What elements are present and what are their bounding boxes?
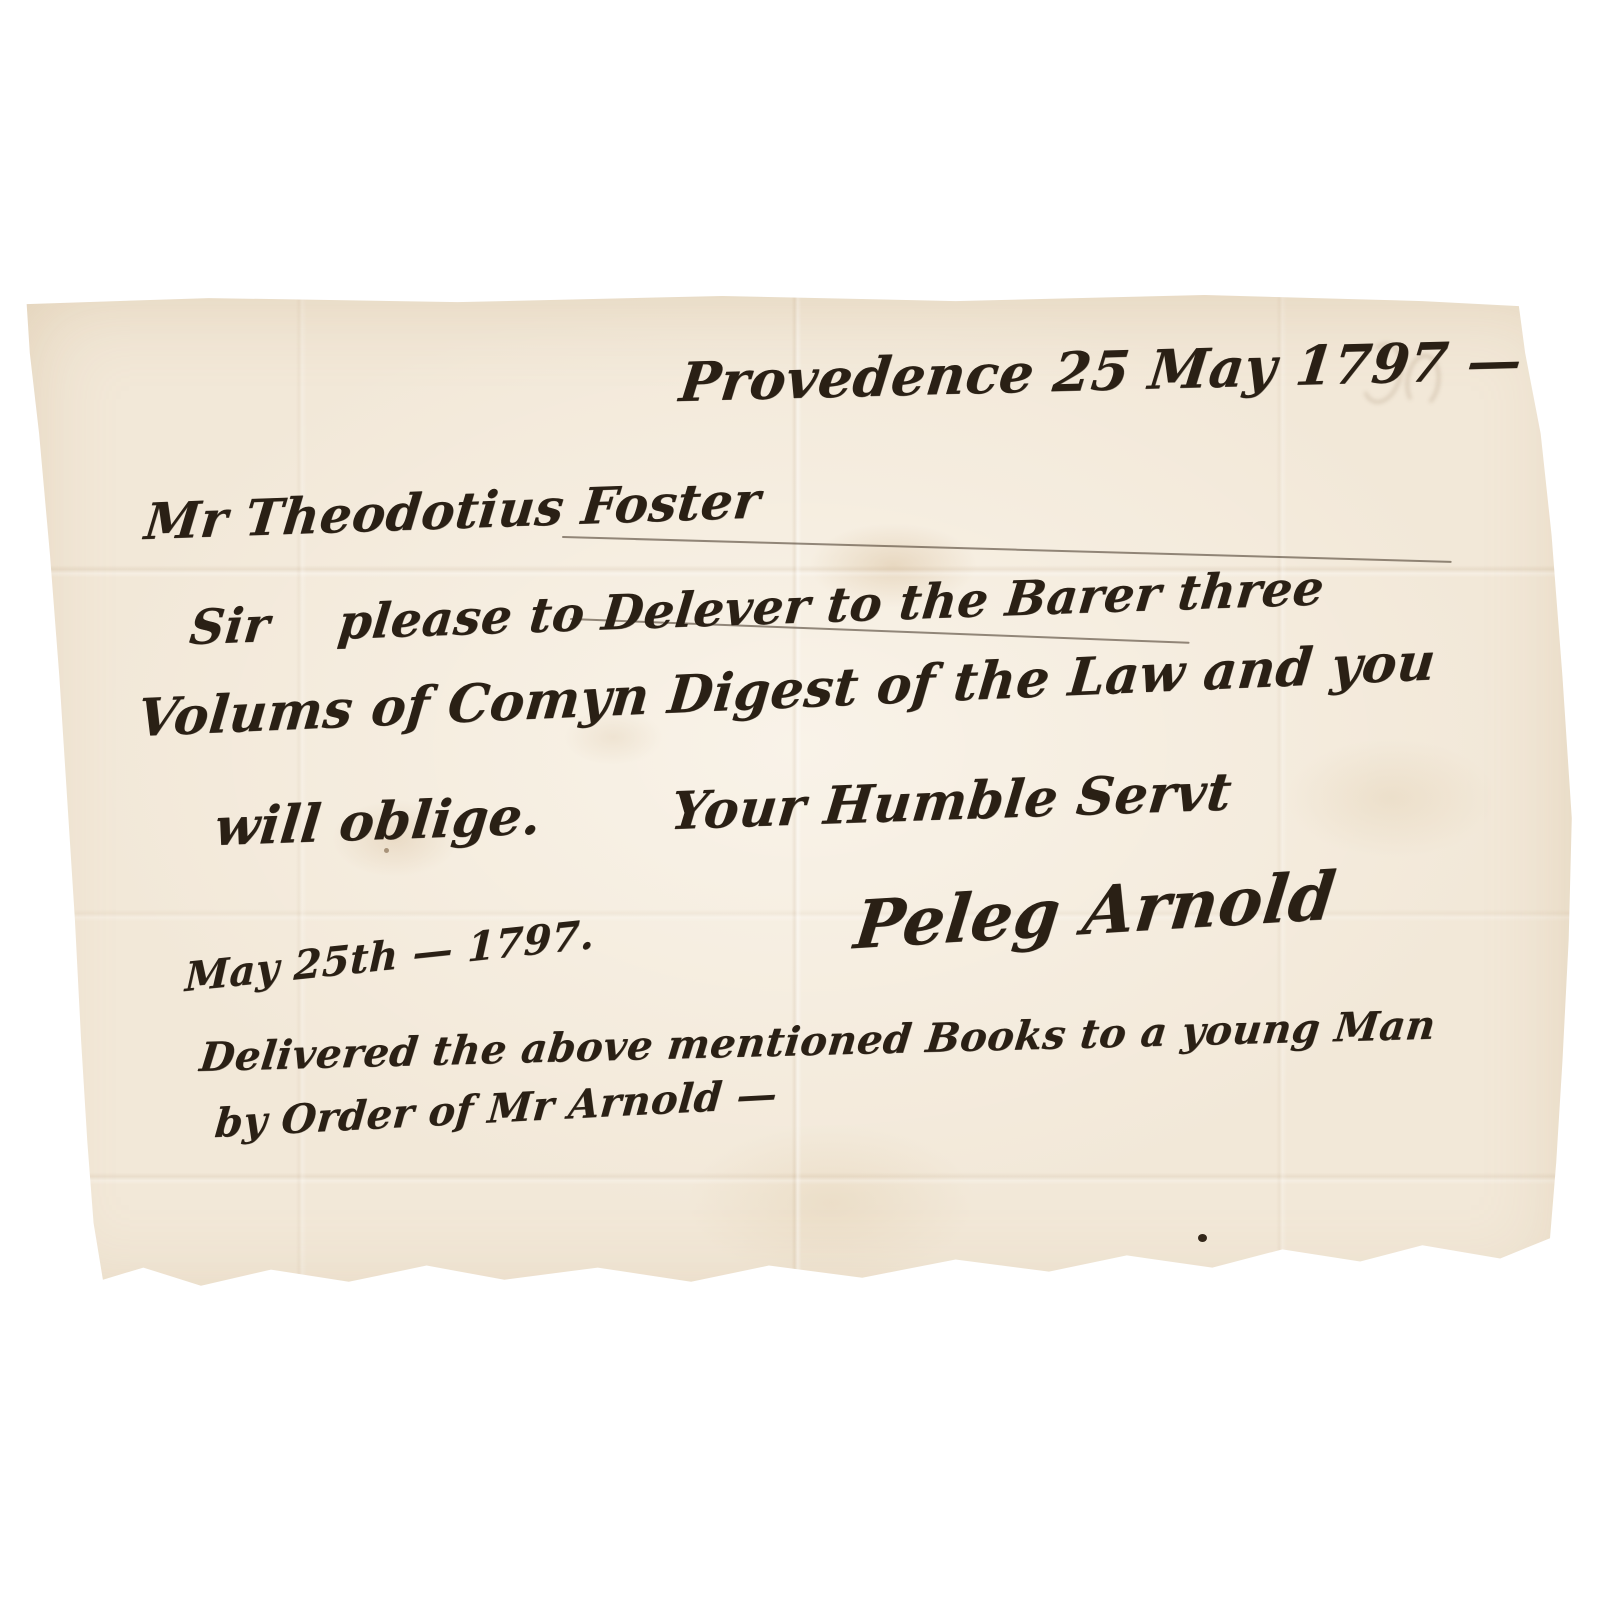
ink-speck bbox=[384, 848, 389, 853]
docket-delivery-line-1: Delivered the above mentioned Books to a… bbox=[197, 1002, 1438, 1082]
body-line-3-closing: will oblige. Your Humble Servt bbox=[212, 761, 1235, 858]
docket-date-line: May 25th — 1797. bbox=[184, 911, 595, 1001]
signature-peleg-arnold: Peleg Arnold bbox=[851, 856, 1340, 964]
paper-flaw-speck bbox=[60, 1282, 70, 1289]
docket-delivery-line-2: by Order of Mr Arnold — bbox=[213, 1070, 779, 1147]
dateline-place-and-date: Provedence 25 May 1797 — bbox=[676, 328, 1525, 414]
ink-speck bbox=[1198, 1234, 1207, 1242]
ink-flourish-stroke bbox=[562, 536, 1452, 563]
manuscript-paper: Provedence 25 May 1797 — Mr Theodotius F… bbox=[22, 292, 1578, 1304]
photograph-background: Provedence 25 May 1797 — Mr Theodotius F… bbox=[0, 0, 1600, 1600]
